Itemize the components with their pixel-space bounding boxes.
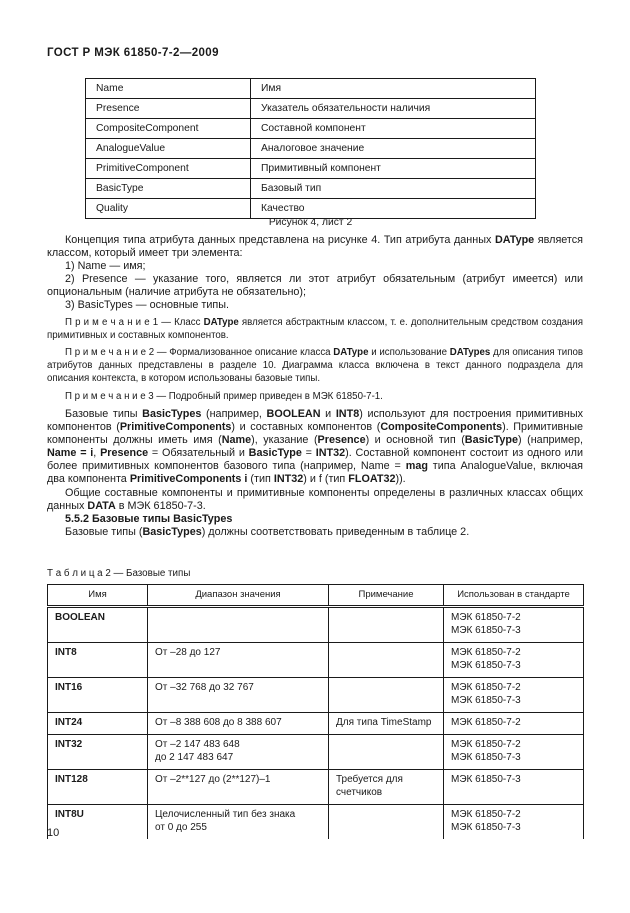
bold-term: INT32	[274, 473, 303, 485]
type-name-cell: INT128	[48, 769, 148, 804]
range-line: до 2 147 483 647	[155, 751, 322, 764]
table-row: INT8От –28 до 127МЭК 61850-7-2МЭК 61850-…	[48, 642, 584, 677]
document-title: ГОСТ Р МЭК 61850-7-2—2009	[47, 47, 219, 59]
table-row: INT8UЦелочисленный тип без знакаот 0 до …	[48, 804, 584, 839]
usage-cell: МЭК 61850-7-2МЭК 61850-7-3	[444, 734, 584, 769]
table-row: INT16От –32 768 до 32 767МЭК 61850-7-2МЭ…	[48, 677, 584, 712]
text-run: ) и f (тип	[303, 473, 348, 485]
range-line: От –32 768 до 32 767	[155, 681, 322, 694]
bold-term: BOOLEAN	[267, 408, 321, 420]
type-name-cell: INT8U	[48, 804, 148, 839]
attribute-name-cell: BasicType	[86, 179, 251, 199]
body-text: Концепция типа атрибута данных представл…	[47, 234, 583, 539]
text-run: ) должны соответствовать приведенным в т…	[202, 526, 470, 538]
range-line: Целочисленный тип без знака	[155, 808, 322, 821]
range-cell: От –2 147 483 648до 2 147 483 647	[148, 734, 329, 769]
bold-term: INT8	[336, 408, 359, 420]
attribute-translation-cell: Примитивный компонент	[251, 159, 536, 179]
text-run: =	[302, 447, 316, 459]
bold-term: INT32	[316, 447, 345, 459]
text-run: 1) Name — имя;	[65, 260, 146, 272]
usage-line: МЭК 61850-7-3	[451, 751, 577, 764]
column-header: Использован в стандарте	[444, 585, 584, 607]
usage-cell: МЭК 61850-7-3	[444, 769, 584, 804]
usage-line: МЭК 61850-7-3	[451, 624, 577, 637]
paragraph-heading: 5.5.2 Базовые типы BasicTypes	[47, 513, 583, 526]
attribute-name-cell: CompositeComponent	[86, 119, 251, 139]
bold-term: Name	[222, 434, 251, 446]
usage-line: МЭК 61850-7-3	[451, 659, 577, 672]
table-row: BOOLEANМЭК 61850-7-2МЭК 61850-7-3	[48, 606, 584, 642]
table-row: NameИмя	[86, 79, 536, 99]
bold-term: DATypes	[450, 347, 491, 358]
text-run: Базовые типы	[65, 408, 142, 420]
table-row: PresenceУказатель обязательности наличия	[86, 99, 536, 119]
bold-term: DAType	[204, 317, 239, 328]
usage-line: МЭК 61850-7-2	[451, 646, 577, 659]
table-row: INT128От –2**127 до (2**127)–1Требуется …	[48, 769, 584, 804]
paragraph-body: 1) Name — имя;	[47, 260, 583, 273]
range-line: От –28 до 127	[155, 646, 322, 659]
bold-term: BasicTypes	[142, 408, 201, 420]
paragraph-body: 2) Presence — указание того, является ли…	[47, 273, 583, 299]
table2-caption: Т а б л и ц а 2 — Базовые типы	[47, 568, 190, 579]
bold-term: PrimitiveComponents	[120, 421, 232, 433]
type-name-cell: INT8	[48, 642, 148, 677]
note-cell	[329, 677, 444, 712]
type-name-cell: BOOLEAN	[48, 606, 148, 642]
bold-term: BasicType	[249, 447, 302, 459]
paragraph-note: П р и м е ч а н и е 2 — Формализованное …	[47, 347, 583, 386]
column-header: Имя	[48, 585, 148, 607]
bold-term: BasicTypes	[142, 526, 201, 538]
attribute-name-cell: PrimitiveComponent	[86, 159, 251, 179]
attribute-name-cell: AnalogueValue	[86, 139, 251, 159]
text-run: ) (например,	[518, 434, 583, 446]
usage-cell: МЭК 61850-7-2МЭК 61850-7-3	[444, 677, 584, 712]
bold-term: mag	[406, 460, 428, 472]
text-run: 5.5.2 Базовые типы BasicTypes	[65, 513, 232, 525]
usage-cell: МЭК 61850-7-2	[444, 712, 584, 734]
paragraph-note: П р и м е ч а н и е 3 — Подробный пример…	[47, 391, 583, 404]
text-run: Концепция типа атрибута данных представл…	[65, 234, 495, 246]
document-page: ГОСТ Р МЭК 61850-7-2—2009 NameИмяPresenc…	[0, 0, 630, 913]
table-row: QualityКачество	[86, 199, 536, 219]
attribute-translation-cell: Качество	[251, 199, 536, 219]
attribute-name-cell: Quality	[86, 199, 251, 219]
usage-line: МЭК 61850-7-2	[451, 738, 577, 751]
text-run: и использование	[368, 347, 449, 358]
text-run: 3) BasicTypes — основные типы.	[65, 299, 229, 311]
bold-term: FLOAT32	[348, 473, 395, 485]
range-cell: От –32 768 до 32 767	[148, 677, 329, 712]
note-cell: Для типа TimeStamp	[329, 712, 444, 734]
usage-cell: МЭК 61850-7-2МЭК 61850-7-3	[444, 606, 584, 642]
type-name-cell: INT16	[48, 677, 148, 712]
text-run: в МЭК 61850-7-3.	[116, 500, 206, 512]
figure-caption: Рисунок 4, лист 2	[85, 217, 536, 228]
bold-term: CompositeComponents	[380, 421, 502, 433]
text-run: (например,	[201, 408, 266, 420]
table-row: BasicTypeБазовый тип	[86, 179, 536, 199]
range-cell: От –2**127 до (2**127)–1	[148, 769, 329, 804]
text-run: 2) Presence — указание того, является ли…	[47, 273, 583, 298]
text-run: П р и м е ч а н и е 3 — Подробный пример…	[65, 391, 383, 402]
attribute-translation-cell: Имя	[251, 79, 536, 99]
paragraph-body: Концепция типа атрибута данных представл…	[47, 234, 583, 260]
attribute-translation-cell: Указатель обязательности наличия	[251, 99, 536, 119]
range-line: от 0 до 255	[155, 821, 322, 834]
text-run: П р и м е ч а н и е 2 — Формализованное …	[65, 347, 333, 358]
text-run: Базовые типы (	[65, 526, 142, 538]
bold-term: Name = i	[47, 447, 93, 459]
usage-line: МЭК 61850-7-2	[451, 716, 577, 729]
range-cell: От –28 до 127	[148, 642, 329, 677]
range-cell	[148, 606, 329, 642]
table-row: AnalogueValueАналоговое значение	[86, 139, 536, 159]
bold-term: BasicType	[465, 434, 518, 446]
column-header: Диапазон значения	[148, 585, 329, 607]
paragraph-body: Базовые типы (BasicTypes) должны соответ…	[47, 526, 583, 539]
usage-line: МЭК 61850-7-2	[451, 611, 577, 624]
text-run: )).	[395, 473, 405, 485]
paragraph-body: 3) BasicTypes — основные типы.	[47, 299, 583, 312]
range-line: От –8 388 608 до 8 388 607	[155, 716, 322, 729]
figure4-table: NameИмяPresenceУказатель обязательности …	[85, 78, 536, 219]
attribute-translation-cell: Составной компонент	[251, 119, 536, 139]
usage-line: МЭК 61850-7-3	[451, 821, 577, 834]
paragraph-body: Базовые типы BasicTypes (например, BOOLE…	[47, 408, 583, 487]
text-run: П р и м е ч а н и е 1 — Класс	[65, 317, 204, 328]
bold-term: PrimitiveComponents i	[130, 473, 248, 485]
bold-term: DATA	[87, 500, 115, 512]
bold-term: Presence	[100, 447, 148, 459]
bold-term: Presence	[318, 434, 366, 446]
text-run: и	[321, 408, 336, 420]
range-cell: Целочисленный тип без знакаот 0 до 255	[148, 804, 329, 839]
usage-line: МЭК 61850-7-3	[451, 773, 577, 786]
bold-term: DAType	[495, 234, 534, 246]
table-row: PrimitiveComponentПримитивный компонент	[86, 159, 536, 179]
text-run: ) и составных компонентов (	[231, 421, 380, 433]
range-cell: От –8 388 608 до 8 388 607	[148, 712, 329, 734]
bold-term: DAType	[333, 347, 368, 358]
note-cell	[329, 606, 444, 642]
paragraph-note: П р и м е ч а н и е 1 — Класс DAType явл…	[47, 317, 583, 343]
table-row: INT32От –2 147 483 648до 2 147 483 647МЭ…	[48, 734, 584, 769]
usage-cell: МЭК 61850-7-2МЭК 61850-7-3	[444, 804, 584, 839]
text-run: (тип	[247, 473, 273, 485]
note-cell	[329, 734, 444, 769]
paragraph-body: Общие составные компоненты и примитивные…	[47, 487, 583, 513]
note-cell	[329, 642, 444, 677]
attribute-name-cell: Presence	[86, 99, 251, 119]
usage-line: МЭК 61850-7-3	[451, 694, 577, 707]
attribute-translation-cell: Аналоговое значение	[251, 139, 536, 159]
basic-types-table: ИмяДиапазон значенияПримечаниеИспользова…	[47, 584, 584, 839]
attribute-translation-cell: Базовый тип	[251, 179, 536, 199]
text-run: = Обязательный и	[148, 447, 249, 459]
page-number: 10	[47, 827, 59, 839]
table-header-row: ИмяДиапазон значенияПримечаниеИспользова…	[48, 585, 584, 607]
text-run: ) и основной тип (	[366, 434, 465, 446]
usage-line: МЭК 61850-7-2	[451, 681, 577, 694]
range-line: От –2**127 до (2**127)–1	[155, 773, 322, 786]
usage-line: МЭК 61850-7-2	[451, 808, 577, 821]
type-name-cell: INT32	[48, 734, 148, 769]
note-cell	[329, 804, 444, 839]
column-header: Примечание	[329, 585, 444, 607]
note-cell: Требуется для счетчиков	[329, 769, 444, 804]
range-line: От –2 147 483 648	[155, 738, 322, 751]
table-row: INT24От –8 388 608 до 8 388 607Для типа …	[48, 712, 584, 734]
type-name-cell: INT24	[48, 712, 148, 734]
attribute-name-cell: Name	[86, 79, 251, 99]
text-run: ), указание (	[251, 434, 317, 446]
table-row: CompositeComponentСоставной компонент	[86, 119, 536, 139]
usage-cell: МЭК 61850-7-2МЭК 61850-7-3	[444, 642, 584, 677]
